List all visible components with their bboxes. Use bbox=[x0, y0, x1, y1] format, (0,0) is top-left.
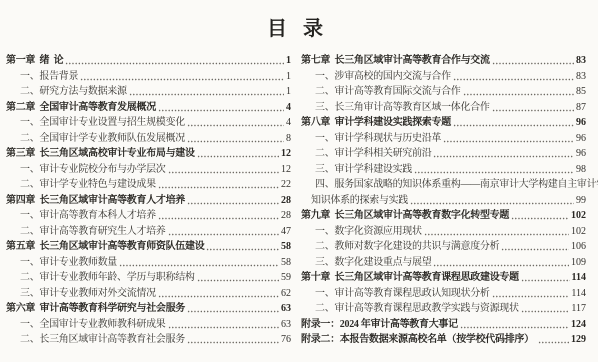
toc-entry-label: 四、服务国家战略的知识体系重构——南京审计大学构建自主审计学 bbox=[315, 177, 598, 193]
toc-entry: 二、全国审计学专业教师队伍发展概况 8 bbox=[6, 131, 291, 147]
toc-entry-label: 附录二：本报告数据来源高校名单（按学校代码排序） bbox=[301, 332, 536, 348]
toc-entry: 二、审计专业教师年龄、学历与职称结构 59 bbox=[6, 270, 291, 286]
toc-entry: 第三章 长三角区域高校审计专业布局与建设 12 bbox=[6, 146, 291, 162]
toc-entry-label: 一、涉审高校的国内交流与合作 bbox=[315, 69, 451, 85]
toc-entry-page: 124 bbox=[571, 317, 586, 333]
toc-entry-page: 1 bbox=[286, 53, 291, 69]
toc-entry: 知识体系的探索与实践 99 bbox=[301, 193, 586, 209]
toc-entry: 三、长三角审计高等教育区域一体化合作 87 bbox=[301, 100, 586, 116]
dot-leader bbox=[158, 105, 284, 115]
toc-entry: 三、数字化建设重点与展望 109 bbox=[301, 255, 586, 271]
toc-entry-page: 58 bbox=[281, 255, 291, 271]
toc-entry-label: 第八章 审计学科建设实践探索专题 bbox=[301, 115, 451, 131]
toc-entry-page: 96 bbox=[576, 131, 586, 147]
toc-entry: 第五章 长三角区域审计高等教育师资队伍建设 58 bbox=[6, 239, 291, 255]
dot-leader bbox=[424, 229, 569, 239]
dot-leader bbox=[206, 245, 279, 255]
toc-entry-label: 二、审计高等教育研究生人才培养 bbox=[20, 224, 166, 240]
toc-entry: 一、审计高等教育课程思政认知现状分析 114 bbox=[301, 286, 586, 302]
toc-entry-page: 12 bbox=[281, 162, 291, 178]
dot-leader bbox=[443, 136, 574, 146]
toc-entry: 二、审计学科相关研究前沿 96 bbox=[301, 146, 586, 162]
dot-leader bbox=[168, 167, 280, 177]
toc-entry-label: 第九章 长三角区域审计高等教育数字化转型专题 bbox=[301, 208, 509, 224]
dot-leader bbox=[158, 183, 279, 193]
toc-entry-page: 96 bbox=[576, 146, 586, 162]
toc-entry-label: 一、全国审计专业设置与招生规模变化 bbox=[20, 115, 185, 131]
toc-entry-page: 4 bbox=[286, 100, 291, 116]
toc-entry-page: 28 bbox=[281, 208, 291, 224]
toc-entry-page: 22 bbox=[281, 177, 291, 193]
toc-entry-label: 第二章 全国审计高等教育发展概况 bbox=[6, 100, 156, 116]
dot-leader bbox=[460, 322, 569, 332]
toc-entry-label: 一、全国审计专业教师教科研成果 bbox=[20, 317, 166, 333]
toc-entry-page: 102 bbox=[571, 208, 586, 224]
toc-entry: 一、全国审计专业设置与招生规模变化 4 bbox=[6, 115, 291, 131]
toc-entry-page: 62 bbox=[281, 286, 291, 302]
toc-entry: 二、审计高等教育国际交流与合作 85 bbox=[301, 84, 586, 100]
toc-entry-page: 63 bbox=[281, 301, 291, 317]
toc-entry-label: 知识体系的探索与实践 bbox=[311, 193, 408, 209]
dot-leader bbox=[492, 59, 574, 69]
toc-entry-label: 一、审计高等教育本科人才培养 bbox=[20, 208, 156, 224]
toc-entry-page: 59 bbox=[281, 270, 291, 286]
toc-entry: 二、审计学专业特色与建设成果 22 bbox=[6, 177, 291, 193]
dot-leader bbox=[433, 152, 574, 162]
toc-entry: 二、教师对数字化建设的共识与满意度分析 106 bbox=[301, 239, 586, 255]
toc-entry-page: 28 bbox=[281, 193, 291, 209]
toc-entry-page: 12 bbox=[281, 146, 291, 162]
dot-leader bbox=[80, 74, 284, 84]
toc-entry-page: 129 bbox=[571, 332, 586, 348]
toc-entry: 一、审计专业院校分布与办学层次 12 bbox=[6, 162, 291, 178]
toc-entry-page: 99 bbox=[576, 193, 586, 209]
toc-entry-page: 83 bbox=[576, 69, 586, 85]
dot-leader bbox=[197, 276, 279, 286]
toc-entry-label: 三、审计专业教师对外交流情况 bbox=[20, 286, 156, 302]
toc-entry-page: 1 bbox=[286, 69, 291, 85]
dot-leader bbox=[65, 59, 284, 69]
toc-entry-page: 114 bbox=[571, 286, 586, 302]
dot-leader bbox=[158, 291, 279, 301]
dot-leader bbox=[521, 307, 570, 317]
toc-entry-label: 二、审计高等教育课程思政教学实践与资源现状 bbox=[315, 301, 519, 317]
dot-leader bbox=[463, 90, 575, 100]
toc-entry-label: 二、审计高等教育国际交流与合作 bbox=[315, 84, 461, 100]
dot-leader bbox=[501, 245, 569, 255]
toc-entry: 二、审计高等教育研究生人才培养 47 bbox=[6, 224, 291, 240]
toc-entry-page: 96 bbox=[576, 115, 586, 131]
toc-entry: 三、审计学科建设实践 98 bbox=[301, 162, 586, 178]
toc-entry-page: 1 bbox=[286, 84, 291, 100]
toc-entry: 一、审计专业教师数量 58 bbox=[6, 255, 291, 271]
dot-leader bbox=[492, 105, 574, 115]
toc-entry: 附录二：本报告数据来源高校名单（按学校代码排序） 129 bbox=[301, 332, 586, 348]
toc-entry-label: 第七章 长三角区域审计高等教育合作与交流 bbox=[301, 53, 490, 69]
dot-leader bbox=[410, 198, 574, 208]
toc-entry-page: 102 bbox=[571, 224, 586, 240]
toc-entry: 第四章 长三角区域审计高等教育人才培养 28 bbox=[6, 193, 291, 209]
toc-entry-label: 二、长三角区域审计高等教育社会服务 bbox=[20, 332, 185, 348]
toc-entry: 一、审计高等教育本科人才培养 28 bbox=[6, 208, 291, 224]
dot-leader bbox=[414, 167, 574, 177]
toc-entry-page: 8 bbox=[286, 131, 291, 147]
toc-entry-page: 47 bbox=[281, 224, 291, 240]
dot-leader bbox=[187, 198, 279, 208]
toc-entry: 第十章 长三角区域审计高等教育课程思政建设专题 114 bbox=[301, 270, 586, 286]
dot-leader bbox=[187, 307, 279, 317]
toc-entry-page: 109 bbox=[571, 255, 586, 271]
toc-entry: 二、长三角区域审计高等教育社会服务 76 bbox=[6, 332, 291, 348]
toc-entry-page: 106 bbox=[571, 239, 586, 255]
toc-entry-page: 87 bbox=[576, 100, 586, 116]
page-title: 目 录 bbox=[6, 12, 586, 41]
toc-entry-page: 63 bbox=[281, 317, 291, 333]
toc-entry-label: 一、审计专业院校分布与办学层次 bbox=[20, 162, 166, 178]
toc-entry: 附录一：2024 年审计高等教育大事记 124 bbox=[301, 317, 586, 333]
toc-entry: 三、审计专业教师对外交流情况 62 bbox=[6, 286, 291, 302]
toc-right-column: 第七章 长三角区域审计高等教育合作与交流 83 一、涉审高校的国内交流与合作 8… bbox=[301, 53, 586, 348]
toc-entry-label: 三、审计学科建设实践 bbox=[315, 162, 412, 178]
toc-entry-page: 98 bbox=[576, 162, 586, 178]
dot-leader bbox=[521, 276, 570, 286]
toc-entry-label: 二、研究方法与数据来源 bbox=[20, 84, 127, 100]
toc-entry: 第八章 审计学科建设实践探索专题 96 bbox=[301, 115, 586, 131]
dot-leader bbox=[511, 214, 569, 224]
toc-entry-label: 二、全国审计学专业教师队伍发展概况 bbox=[20, 131, 185, 147]
toc-entry-page: 85 bbox=[576, 84, 586, 100]
dot-leader bbox=[187, 338, 279, 348]
toc-left-column: 第一章 绪 论 1 一、报告背景 1 二、研究方法与数据来源 1 第二章 全国审… bbox=[6, 53, 291, 348]
toc-entry-label: 三、长三角审计高等教育区域一体化合作 bbox=[315, 100, 490, 116]
toc-entry-label: 第六章 审计高等教育科学研究与社会服务 bbox=[6, 301, 185, 317]
toc-entry-page: 58 bbox=[281, 239, 291, 255]
dot-leader bbox=[119, 260, 279, 270]
dot-leader bbox=[492, 291, 570, 301]
toc-entry-page: 76 bbox=[281, 332, 291, 348]
toc-entry-label: 二、教师对数字化建设的共识与满意度分析 bbox=[315, 239, 499, 255]
toc-entry-label: 第一章 绪 论 bbox=[6, 53, 63, 69]
toc-entry: 四、服务国家战略的知识体系重构——南京审计大学构建自主审计学 bbox=[301, 177, 586, 193]
toc-entry-label: 一、审计专业教师数量 bbox=[20, 255, 117, 271]
toc-entry-label: 一、报告背景 bbox=[20, 69, 78, 85]
toc-entry-page: 117 bbox=[571, 301, 586, 317]
dot-leader bbox=[433, 260, 569, 270]
dot-leader bbox=[158, 214, 279, 224]
toc-columns: 第一章 绪 论 1 一、报告背景 1 二、研究方法与数据来源 1 第二章 全国审… bbox=[6, 53, 586, 348]
toc-entry: 二、审计高等教育课程思政教学实践与资源现状 117 bbox=[301, 301, 586, 317]
toc-entry-label: 三、数字化建设重点与展望 bbox=[315, 255, 431, 271]
toc-entry-label: 二、审计学专业特色与建设成果 bbox=[20, 177, 156, 193]
toc-entry: 第九章 长三角区域审计高等教育数字化转型专题 102 bbox=[301, 208, 586, 224]
dot-leader bbox=[197, 152, 279, 162]
toc-entry: 一、涉审高校的国内交流与合作 83 bbox=[301, 69, 586, 85]
dot-leader bbox=[538, 338, 569, 348]
toc-entry: 第七章 长三角区域审计高等教育合作与交流 83 bbox=[301, 53, 586, 69]
toc-entry-label: 第五章 长三角区域审计高等教育师资队伍建设 bbox=[6, 239, 204, 255]
toc-entry-label: 一、审计学科现状与历史沿革 bbox=[315, 131, 441, 147]
toc-entry-label: 一、数字化资源应用现状 bbox=[315, 224, 422, 240]
dot-leader bbox=[187, 136, 284, 146]
toc-entry: 一、报告背景 1 bbox=[6, 69, 291, 85]
toc-entry-page: 4 bbox=[286, 115, 291, 131]
toc-entry: 二、研究方法与数据来源 1 bbox=[6, 84, 291, 100]
dot-leader bbox=[453, 74, 574, 84]
toc-entry-label: 一、审计高等教育课程思政认知现状分析 bbox=[315, 286, 490, 302]
document-page: 目 录 第一章 绪 论 1 一、报告背景 1 二、研究方法与数据来源 1 第二章… bbox=[0, 0, 598, 362]
toc-entry: 第一章 绪 论 1 bbox=[6, 53, 291, 69]
dot-leader bbox=[453, 121, 574, 131]
toc-entry-label: 附录一：2024 年审计高等教育大事记 bbox=[301, 317, 458, 333]
toc-entry-label: 二、审计专业教师年龄、学历与职称结构 bbox=[20, 270, 195, 286]
toc-entry: 一、审计学科现状与历史沿革 96 bbox=[301, 131, 586, 147]
dot-leader bbox=[168, 229, 280, 239]
toc-entry-label: 第四章 长三角区域审计高等教育人才培养 bbox=[6, 193, 185, 209]
toc-entry-label: 二、审计学科相关研究前沿 bbox=[315, 146, 431, 162]
toc-entry-label: 第十章 长三角区域审计高等教育课程思政建设专题 bbox=[301, 270, 519, 286]
toc-entry-page: 114 bbox=[572, 270, 586, 286]
toc-entry: 第二章 全国审计高等教育发展概况 4 bbox=[6, 100, 291, 116]
toc-entry-page: 83 bbox=[576, 53, 586, 69]
toc-entry: 一、全国审计专业教师教科研成果 63 bbox=[6, 317, 291, 333]
dot-leader bbox=[168, 322, 280, 332]
dot-leader bbox=[187, 121, 284, 131]
toc-entry-label: 第三章 长三角区域高校审计专业布局与建设 bbox=[6, 146, 195, 162]
dot-leader bbox=[129, 90, 284, 100]
toc-entry: 第六章 审计高等教育科学研究与社会服务 63 bbox=[6, 301, 291, 317]
toc-entry: 一、数字化资源应用现状 102 bbox=[301, 224, 586, 240]
